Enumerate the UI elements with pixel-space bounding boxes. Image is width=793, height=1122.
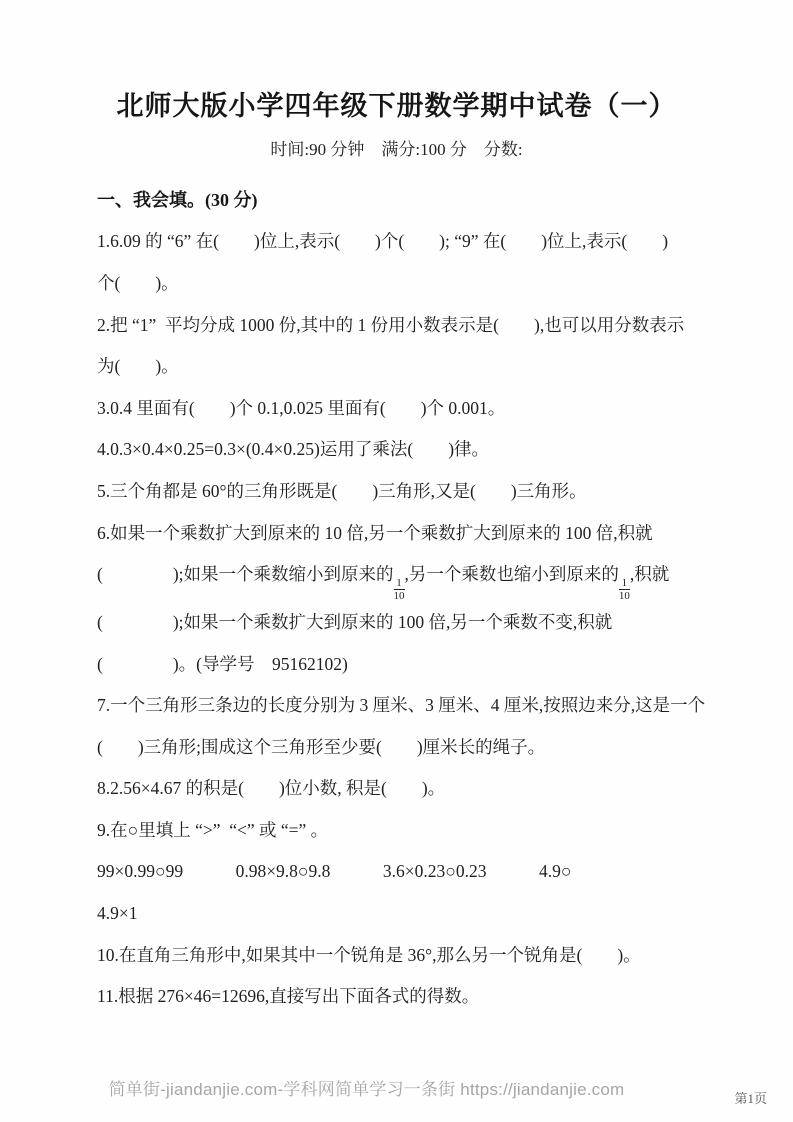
question-6-line-3: ( );如果一个乘数扩大到原来的 100 倍,另一个乘数不变,积就 — [97, 602, 723, 644]
page-number-label: 第1页 — [734, 1088, 767, 1107]
exam-body: 一、我会填。(30 分) 1.6.09 的 “6” 在( )位上,表示( )个(… — [97, 179, 723, 1017]
question-6-line-4: ( )。(导学号 95162102) — [97, 644, 723, 686]
section-1-heading: 一、我会填。(30 分) — [97, 179, 723, 221]
question-6-line-2-text-c: ,积就 — [630, 564, 669, 584]
question-9-line-1: 9.在○里填上 “>” “<” 或 “=” 。 — [97, 810, 723, 852]
question-2-line-1: 2.把 “1” 平均分成 1000 份,其中的 1 份用小数表示是( ),也可以… — [97, 305, 723, 347]
question-8-line: 8.2.56×4.67 的积是( )位小数, 积是( )。 — [97, 768, 723, 810]
question-11-line: 11.根据 276×46=12696,直接写出下面各式的得数。 — [97, 976, 723, 1018]
question-9-line-3: 4.9×1 — [97, 893, 723, 935]
footer-site-text: 简单街-jiandanjie.com-学科网简单学习一条街 https://ji… — [0, 1075, 733, 1100]
question-10-line: 10.在直角三角形中,如果其中一个锐角是 36°,那么另一个锐角是( )。 — [97, 935, 723, 977]
question-6-line-2-text-b: ,另一个乘数也缩小到原来的 — [405, 564, 619, 584]
question-3-line: 3.0.4 里面有( )个 0.1,0.025 里面有( )个 0.001。 — [97, 388, 723, 430]
question-5-line: 5.三个角都是 60°的三角形既是( )三角形,又是( )三角形。 — [97, 471, 723, 513]
fraction-numerator: 1 — [394, 577, 405, 590]
question-9-line-2: 99×0.99○99 0.98×9.8○9.8 3.6×0.23○0.23 4.… — [97, 851, 723, 893]
fraction-denominator: 10 — [619, 590, 630, 602]
question-4-line: 4.0.3×0.4×0.25=0.3×(0.4×0.25)运用了乘法( )律。 — [97, 429, 723, 471]
question-1-line-2: 个( )。 — [97, 263, 723, 305]
exam-paper-page: 北师大版小学四年级下册数学期中试卷（一） 时间:90 分钟 满分:100 分 分… — [0, 0, 793, 1122]
fraction-one-tenth: 110 — [619, 577, 630, 602]
question-1-line-1: 1.6.09 的 “6” 在( )位上,表示( )个( ); “9” 在( )位… — [97, 221, 723, 263]
question-7-line-1: 7.一个三角形三条边的长度分别为 3 厘米、3 厘米、4 厘米,按照边来分,这是… — [97, 685, 723, 727]
question-6-line-1: 6.如果一个乘数扩大到原来的 10 倍,另一个乘数扩大到原来的 100 倍,积就 — [97, 513, 723, 555]
page-title: 北师大版小学四年级下册数学期中试卷（一） — [0, 0, 793, 122]
fraction-numerator: 1 — [619, 577, 630, 590]
question-6-line-2: ( );如果一个乘数缩小到原来的110,另一个乘数也缩小到原来的110,积就 — [97, 554, 723, 602]
question-6-line-2-text-a: ( );如果一个乘数缩小到原来的 — [97, 564, 394, 584]
fraction-one-tenth: 110 — [394, 577, 405, 602]
fraction-denominator: 10 — [394, 590, 405, 602]
exam-meta: 时间:90 分钟 满分:100 分 分数: — [0, 139, 793, 161]
question-2-line-2: 为( )。 — [97, 346, 723, 388]
question-7-line-2: ( )三角形;围成这个三角形至少要( )厘米长的绳子。 — [97, 727, 723, 769]
